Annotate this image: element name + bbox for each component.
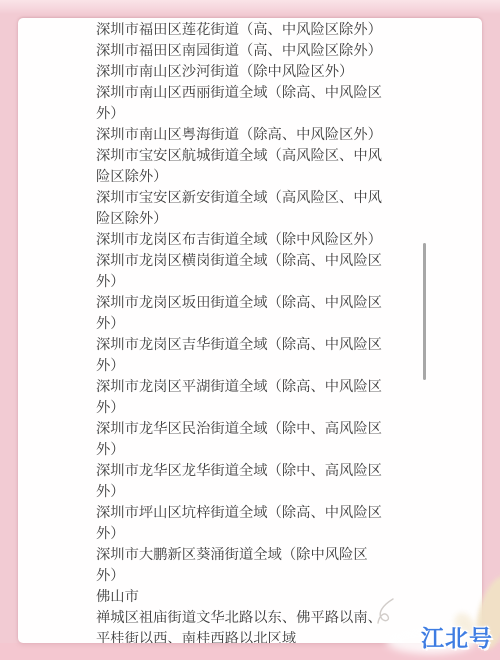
text-line: 外） [96, 314, 426, 335]
text-line: 深圳市坪山区坑梓街道全域（除高、中风险区 [96, 503, 426, 524]
text-line: 深圳市南山区西丽街道全域（除高、中风险区 [96, 83, 426, 104]
text-line: 外） [96, 272, 426, 293]
text-line: 深圳市南山区粤海街道（除高、中风险区外） [96, 125, 426, 146]
text-line: 深圳市龙岗区布吉街道全域（除中风险区外） [96, 230, 426, 251]
text-line: 外） [96, 356, 426, 377]
text-line: 深圳市龙岗区横岗街道全域（除高、中风险区 [96, 251, 426, 272]
text-line: 平桂街以西、南桂西路以北区域 [96, 629, 426, 643]
text-line: 深圳市龙岗区坂田街道全域（除高、中风险区 [96, 293, 426, 314]
text-line: 外） [96, 482, 426, 503]
text-line: 深圳市大鹏新区葵涌街道全域（除中风险区 [96, 545, 426, 566]
text-line: 外） [96, 104, 426, 125]
document-card: 深圳市福田区莲花街道（高、中风险区除外） 深圳市福田区南园街道（高、中风险区除外… [18, 18, 482, 643]
text-line: 外） [96, 398, 426, 419]
text-line: 深圳市龙华区龙华街道全域（除中、高风险区 [96, 461, 426, 482]
background-top-strip [0, 0, 500, 14]
text-line: 深圳市宝安区新安街道全域（高风险区、中风 [96, 188, 426, 209]
text-line: 深圳市南山区沙河街道（除中风险区外） [96, 62, 426, 83]
text-line: 外） [96, 566, 426, 587]
text-line: 外） [96, 524, 426, 545]
watermark: 江北号 [421, 620, 493, 653]
text-line: 深圳市龙岗区吉华街道全域（除高、中风险区 [96, 335, 426, 356]
page: 深圳市福田区莲花街道（高、中风险区除外） 深圳市福田区南园街道（高、中风险区除外… [0, 0, 500, 660]
text-line: 外） [96, 440, 426, 461]
scrollbar-thumb[interactable] [423, 243, 426, 380]
text-line: 深圳市龙华区民治街道全域（除中、高风险区 [96, 419, 426, 440]
text-line: 险区除外） [96, 167, 426, 188]
text-line: 险区除外） [96, 209, 426, 230]
text-line: 深圳市龙岗区平湖街道全域（除高、中风险区 [96, 377, 426, 398]
text-line: 深圳市宝安区航城街道全域（高风险区、中风 [96, 146, 426, 167]
text-column: 深圳市福田区莲花街道（高、中风险区除外） 深圳市福田区南园街道（高、中风险区除外… [96, 20, 426, 643]
text-line: 深圳市福田区莲花街道（高、中风险区除外） [96, 20, 426, 41]
text-line: 深圳市福田区南园街道（高、中风险区除外） [96, 41, 426, 62]
sketch-squiggle-icon [374, 597, 396, 627]
